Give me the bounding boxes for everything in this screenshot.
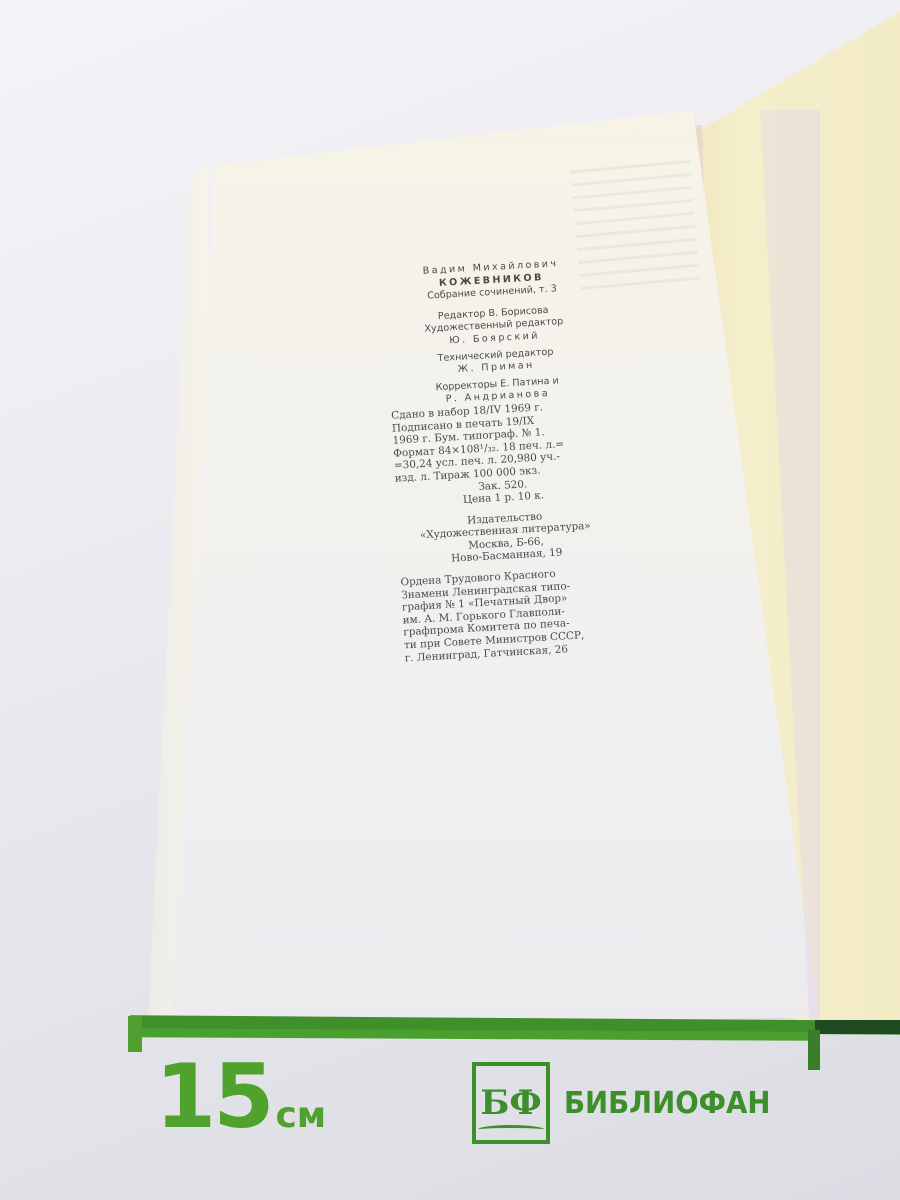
ruler-tick <box>808 1030 820 1070</box>
ruler-measurement: 15см <box>155 1045 326 1148</box>
ruler-tick <box>128 1016 142 1052</box>
bibliofan-logo: БФ БИБЛИОФАН <box>472 1062 788 1144</box>
logo-name: БИБЛИОФАН <box>564 1086 770 1121</box>
logo-mark: БФ <box>480 1083 541 1123</box>
imprint-block: Вадим Михайлович КОЖЕВНИКОВ Собрание соч… <box>383 256 620 665</box>
ruler-unit: см <box>275 1095 326 1136</box>
ruler-value: 15 <box>155 1045 271 1148</box>
photo-scene: Вадим Михайлович КОЖЕВНИКОВ Собрание соч… <box>0 0 900 1200</box>
open-book-icon: БФ <box>472 1062 550 1144</box>
book-spine-edge <box>815 1020 900 1034</box>
